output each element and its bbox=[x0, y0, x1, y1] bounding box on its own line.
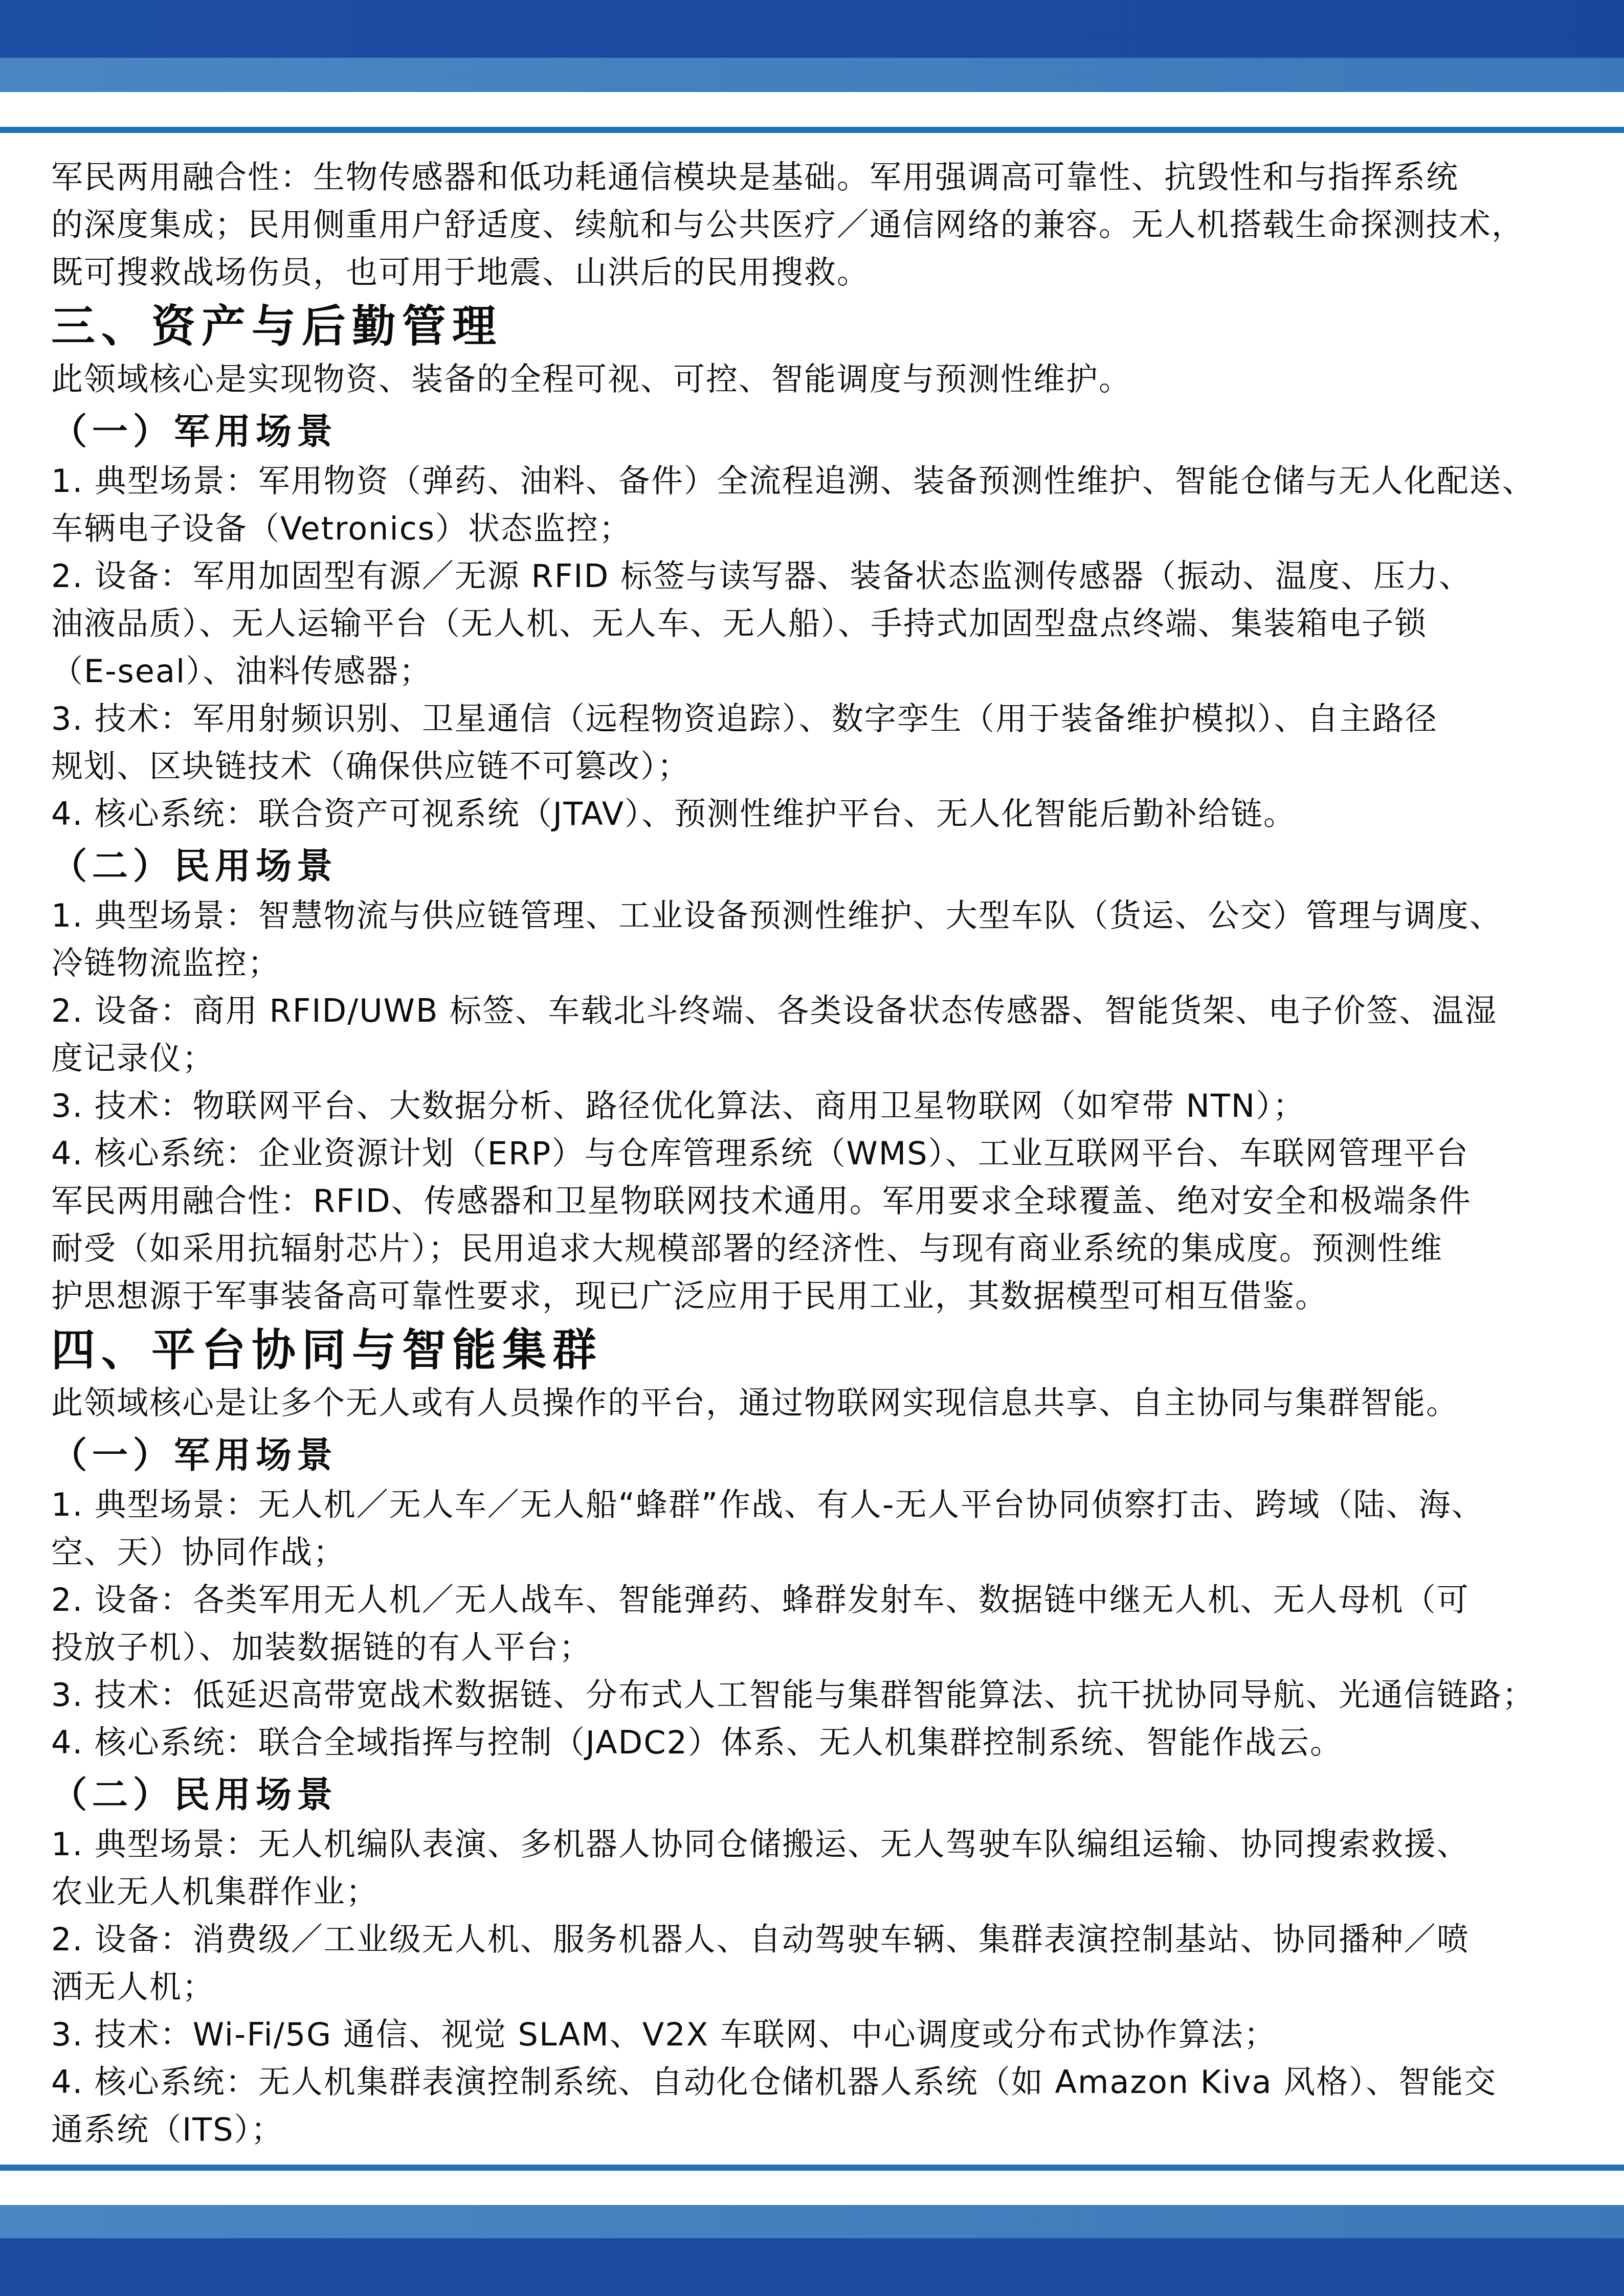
document-page: 军民两用融合性：生物传感器和低功耗通信模块是基础。军用强调高可靠性、抗毁性和与指… bbox=[0, 0, 1624, 2296]
subsection-heading: （一）军用场景 bbox=[51, 1433, 1581, 1478]
paragraph: 此领域核心是实现物资、装备的全程可视、可控、智能调度与预测性维护。 bbox=[51, 355, 1581, 403]
paragraph: 军民两用融合性：生物传感器和低功耗通信模块是基础。军用强调高可靠性、抗毁性和与指… bbox=[51, 153, 1581, 296]
paragraph: 此领域核心是让多个无人或有人员操作的平台，通过物联网实现信息共享、自主协同与集群… bbox=[51, 1379, 1581, 1427]
paragraph: 3. 技术：物联网平台、大数据分析、路径优化算法、商用卫星物联网（如窄带 NTN… bbox=[51, 1082, 1581, 1130]
paragraph: 军民两用融合性：RFID、传感器和卫星物联网技术通用。军用要求全球覆盖、绝对安全… bbox=[51, 1177, 1581, 1320]
paragraph: 1. 典型场景：无人机／无人车／无人船“蜂群”作战、有人-无人平台协同侦察打击、… bbox=[51, 1481, 1581, 1576]
paragraph: 3. 技术：军用射频识别、卫星通信（远程物资追踪）、数字孪生（用于装备维护模拟）… bbox=[51, 695, 1581, 790]
paragraph: 3. 技术：Wi-Fi/5G 通信、视觉 SLAM、V2X 车联网、中心调度或分… bbox=[51, 2011, 1581, 2058]
paragraph: 4. 核心系统：联合资产可视系统（JTAV）、预测性维护平台、无人化智能后勤补给… bbox=[51, 790, 1581, 838]
document-body: 军民两用融合性：生物传感器和低功耗通信模块是基础。军用强调高可靠性、抗毁性和与指… bbox=[51, 153, 1581, 2153]
footer-band-mid bbox=[0, 2205, 1624, 2238]
footer-accent-stripe bbox=[0, 2165, 1624, 2171]
paragraph: 1. 典型场景：军用物资（弹药、油料、备件）全流程追溯、装备预测性维护、智能仓储… bbox=[51, 457, 1581, 552]
subsection-heading: （一）军用场景 bbox=[51, 409, 1581, 454]
header-accent-stripe bbox=[0, 127, 1624, 133]
paragraph: 4. 核心系统：无人机集群表演控制系统、自动化仓储机器人系统（如 Amazon … bbox=[51, 2058, 1581, 2153]
section-heading: 三、资产与后勤管理 bbox=[51, 301, 1581, 352]
paragraph: 4. 核心系统：企业资源计划（ERP）与仓库管理系统（WMS）、工业互联网平台、… bbox=[51, 1130, 1581, 1177]
section-heading: 四、平台协同与智能集群 bbox=[51, 1325, 1581, 1376]
paragraph: 2. 设备：军用加固型有源／无源 RFID 标签与读写器、装备状态监测传感器（振… bbox=[51, 552, 1581, 695]
paragraph: 2. 设备：消费级／工业级无人机、服务机器人、自动驾驶车辆、集群表演控制基站、协… bbox=[51, 1916, 1581, 2011]
paragraph: 3. 技术：低延迟高带宽战术数据链、分布式人工智能与集群智能算法、抗干扰协同导航… bbox=[51, 1671, 1581, 1719]
header-band-mid bbox=[0, 58, 1624, 92]
paragraph: 4. 核心系统：联合全域指挥与控制（JADC2）体系、无人机集群控制系统、智能作… bbox=[51, 1719, 1581, 1766]
subsection-heading: （二）民用场景 bbox=[51, 1772, 1581, 1817]
paragraph: 1. 典型场景：无人机编队表演、多机器人协同仓储搬运、无人驾驶车队编组运输、协同… bbox=[51, 1820, 1581, 1916]
footer-band-dark bbox=[0, 2238, 1624, 2296]
paragraph: 1. 典型场景：智慧物流与供应链管理、工业设备预测性维护、大型车队（货运、公交）… bbox=[51, 892, 1581, 987]
paragraph: 2. 设备：各类军用无人机／无人战车、智能弹药、蜂群发射车、数据链中继无人机、无… bbox=[51, 1576, 1581, 1671]
subsection-heading: （二）民用场景 bbox=[51, 844, 1581, 889]
header-band-dark bbox=[0, 0, 1624, 58]
paragraph: 2. 设备：商用 RFID/UWB 标签、车载北斗终端、各类设备状态传感器、智能… bbox=[51, 987, 1581, 1082]
